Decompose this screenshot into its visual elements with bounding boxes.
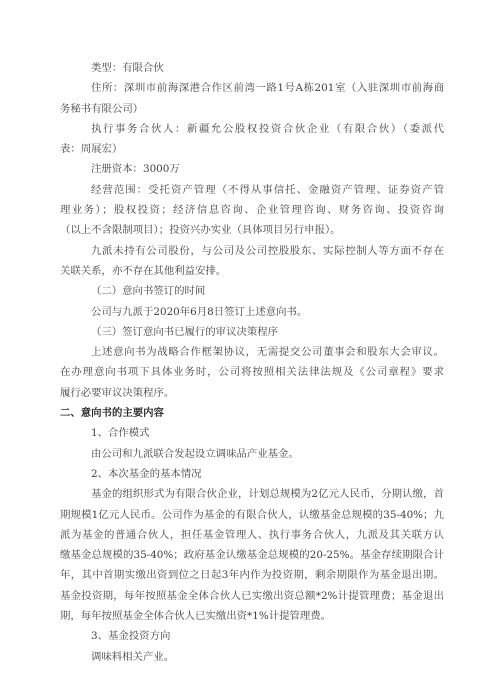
text-line: 关联关系，亦不存在其他利益安排。 [60, 261, 444, 281]
text-line: 调味料相关产业。 [60, 647, 444, 667]
section-heading: 二、意向书的主要内容 [60, 403, 444, 423]
text-line: 理业务）；股权投资；经济信息咨询、企业管理咨询、财务咨询、投资咨询 [60, 200, 444, 220]
text-line: 类型：有限合伙 [60, 58, 444, 78]
text-line: 执行事务合伙人：新疆允公股权投资合伙企业（有限合伙）（委派代 [60, 119, 444, 139]
text-line: 九派未持有公司股份，与公司及公司控股股东、实际控制人等方面不存在 [60, 241, 444, 261]
text-line: 期规模1亿元人民币。公司作为基金的有限合伙人，认缴基金总规模的35-40%；九 [60, 505, 444, 525]
text-line: 缴基金总规模的35-40%；政府基金认缴基金总规模的20-25%。基金存续期限合… [60, 545, 444, 565]
text-line: 经营范围：受托资产管理（不得从事信托、金融资产管理、证券资产管 [60, 180, 444, 200]
text-line: 基金的组织形式为有限合伙企业，计划总规模为2亿元人民币，分期认缴，首 [60, 484, 444, 504]
text-line: 表：周展宏） [60, 139, 444, 159]
text-line: （二）意向书签订的时间 [60, 281, 444, 301]
text-line: 基金投资期，每年按照基金全体合伙人已实缴出资总额*2%计提管理费；基金退出 [60, 586, 444, 606]
text-line: 1、合作模式 [60, 423, 444, 443]
text-line: 履行必要审议决策程序。 [60, 383, 444, 403]
text-line: （以上不含限制项目）；投资兴办实业（具体项目另行申报）。 [60, 220, 444, 240]
text-line: （三）签订意向书已履行的审议决策程序 [60, 322, 444, 342]
text-line: 由公司和九派联合发起设立调味品产业基金。 [60, 444, 444, 464]
text-line: 公司与九派于2020年6月8日签订上述意向书。 [60, 302, 444, 322]
text-line: 期，每年按照基金全体合伙人已实缴出资*1%计提管理费。 [60, 606, 444, 626]
text-line: 派为基金的普通合伙人，担任基金管理人、执行事务合伙人，九派及其关联方认 [60, 525, 444, 545]
text-line: 注册资本：3000万 [60, 159, 444, 179]
text-line: 上述意向书为战略合作框架协议，无需提交公司董事会和股东大会审议。 [60, 342, 444, 362]
text-line: 年，其中首期实缴出资到位之日起3年内作为投资期，剩余期限作为基金退出期。 [60, 565, 444, 585]
text-line: 住所：深圳市前海深港合作区前湾一路1号A栋201室（入驻深圳市前海商 [60, 78, 444, 98]
text-line: 3、基金投资方向 [60, 626, 444, 646]
document-page: 类型：有限合伙住所：深圳市前海深港合作区前湾一路1号A栋201室（入驻深圳市前海… [0, 0, 500, 674]
document-body: 类型：有限合伙住所：深圳市前海深港合作区前湾一路1号A栋201室（入驻深圳市前海… [60, 58, 444, 667]
text-line: 在办理意向书项下具体业务时，公司将按照相关法律法规及《公司章程》要求 [60, 362, 444, 382]
text-line: 2、本次基金的基本情况 [60, 464, 444, 484]
text-line: 务秘书有限公司） [60, 99, 444, 119]
